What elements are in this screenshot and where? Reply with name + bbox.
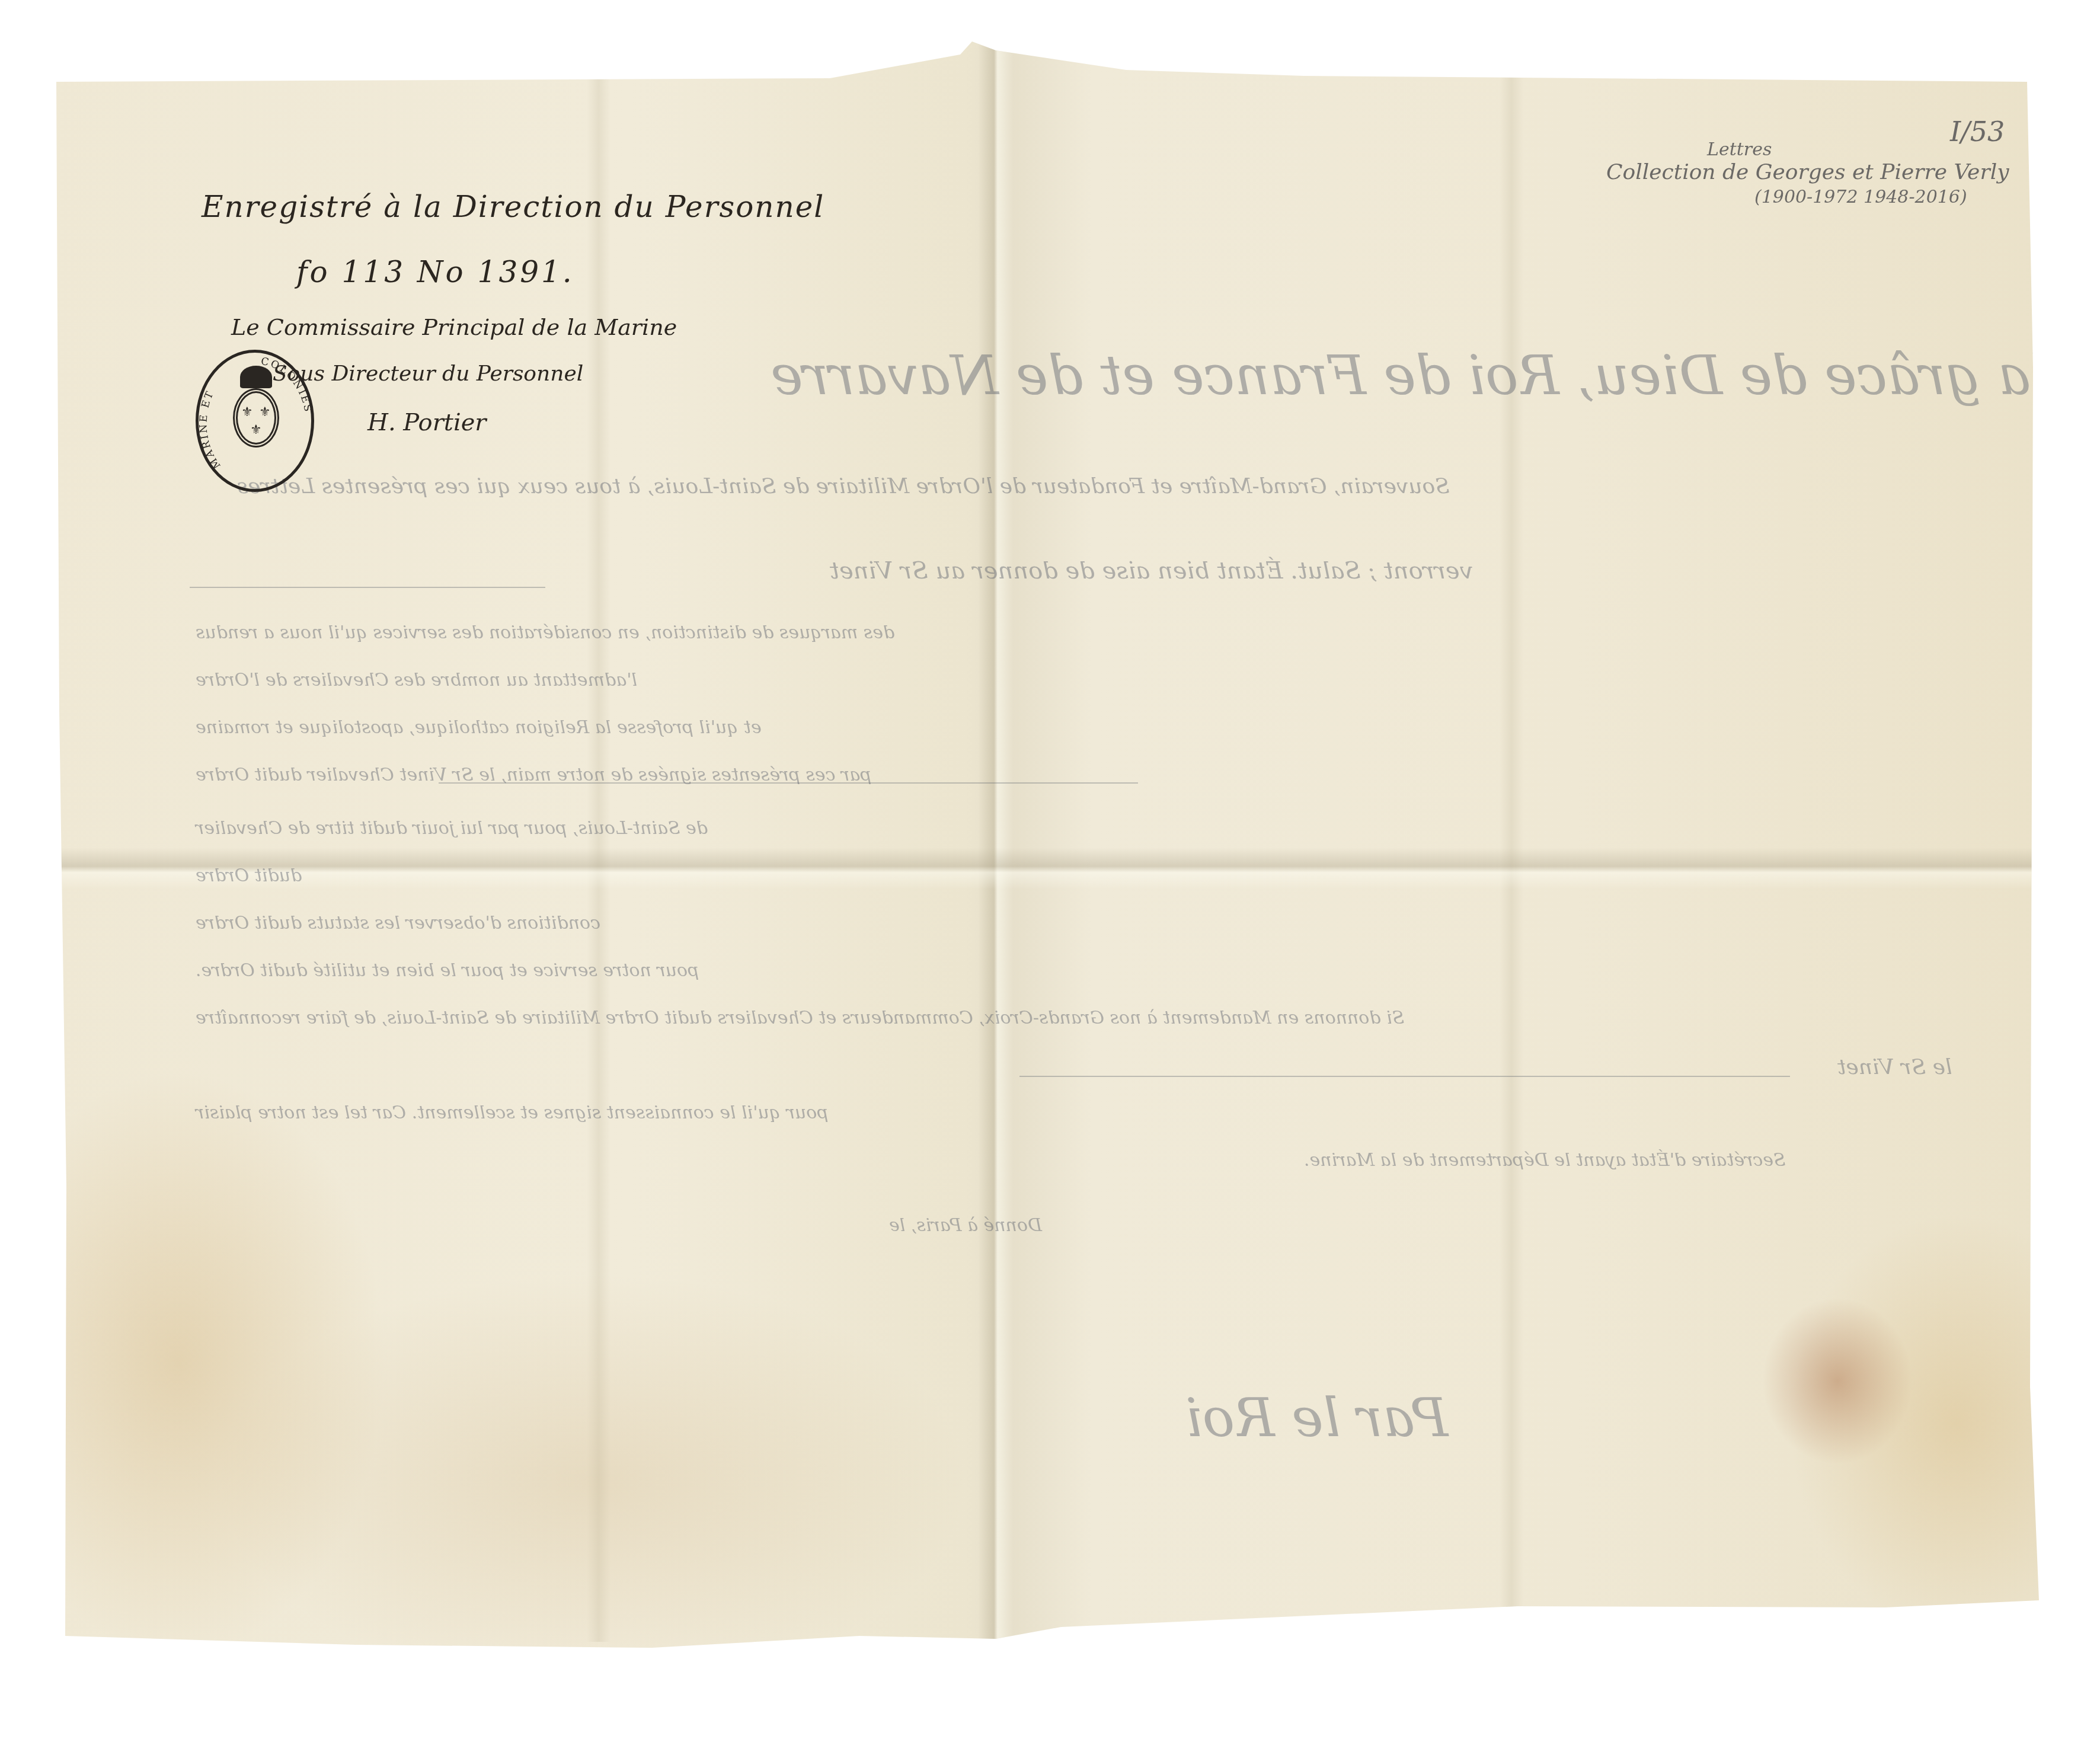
- fleur-de-lis-icon: ⚜: [259, 405, 271, 420]
- document-scan: Louis, par la grâce de Dieu, Roi de Fran…: [0, 0, 2100, 1758]
- mirrored-line: de Saint-Louis, pour par lui jouir dudit…: [196, 818, 708, 839]
- archive-reference: I/53: [1950, 116, 2005, 148]
- mirrored-line: pour qu'il le connaissent signes et scel…: [196, 1102, 828, 1123]
- collection-note: Collection de Georges et Pierre Verly: [1606, 160, 2009, 184]
- mirrored-line: et qu'il professe la Religion catholique…: [196, 717, 762, 738]
- mirrored-line: Secrétaire d'État ayant le Département d…: [1304, 1150, 1786, 1171]
- mirrored-rule: [1019, 1076, 1790, 1077]
- mirrored-line: pour notre service et pour le bien et ut…: [196, 960, 699, 981]
- pencil-word: Lettres: [1707, 139, 1772, 160]
- mirrored-rule: [439, 782, 1138, 784]
- mirrored-line: Si donnons en Mandement à nos Grands-Cro…: [196, 1008, 1404, 1028]
- registration-signature: H. Portier: [367, 409, 486, 436]
- marine-colonies-stamp: MARINE ET COLONIES ⚜ ⚜ ⚜: [196, 350, 314, 492]
- mirrored-line: Donné à Paris, le: [889, 1215, 1042, 1236]
- mirrored-line: l'admettant au nombre des Chevaliers de …: [196, 670, 637, 691]
- shield-icon: [233, 388, 279, 448]
- registration-title: Le Commissaire Principal de la Marine: [231, 314, 677, 340]
- svg-text:MARINE ET: MARINE ET: [199, 388, 223, 471]
- mirrored-line: Souverain, Grand-Maître et Fondateur de …: [237, 474, 1450, 498]
- parchment-sheet: Louis, par la grâce de Dieu, Roi de Fran…: [0, 0, 2100, 1758]
- fleur-de-lis-icon: ⚜: [241, 405, 253, 420]
- mirrored-signature: Par le Roi: [1185, 1387, 1448, 1449]
- mirrored-line: des marques de distinction, en considéra…: [196, 622, 894, 643]
- mirrored-line: dudit Ordre: [196, 865, 302, 886]
- fold-crease-horizontal: [59, 848, 2033, 889]
- registration-folio: fo 113 No 1391.: [296, 255, 574, 289]
- mirrored-line: verront ; Salut. Étant bien aise de donn…: [830, 557, 1473, 584]
- mirrored-title: Louis, par la grâce de Dieu, Roi de Fran…: [771, 344, 2100, 407]
- registration-subtitle: Sous Directeur du Personnel: [273, 362, 583, 386]
- collection-dates: (1900-1972 1948-2016): [1754, 187, 1967, 207]
- mirrored-line: conditions d'observer les statuts dudit …: [196, 913, 600, 934]
- fleur-de-lis-icon: ⚜: [250, 423, 262, 437]
- registration-line: Enregistré à la Direction du Personnel: [202, 190, 824, 224]
- mirrored-rule: [190, 587, 545, 588]
- crown-icon: [240, 366, 272, 388]
- fold-crease-center: [978, 41, 1014, 1642]
- mirrored-line: le Sr Vinet: [1837, 1055, 1952, 1079]
